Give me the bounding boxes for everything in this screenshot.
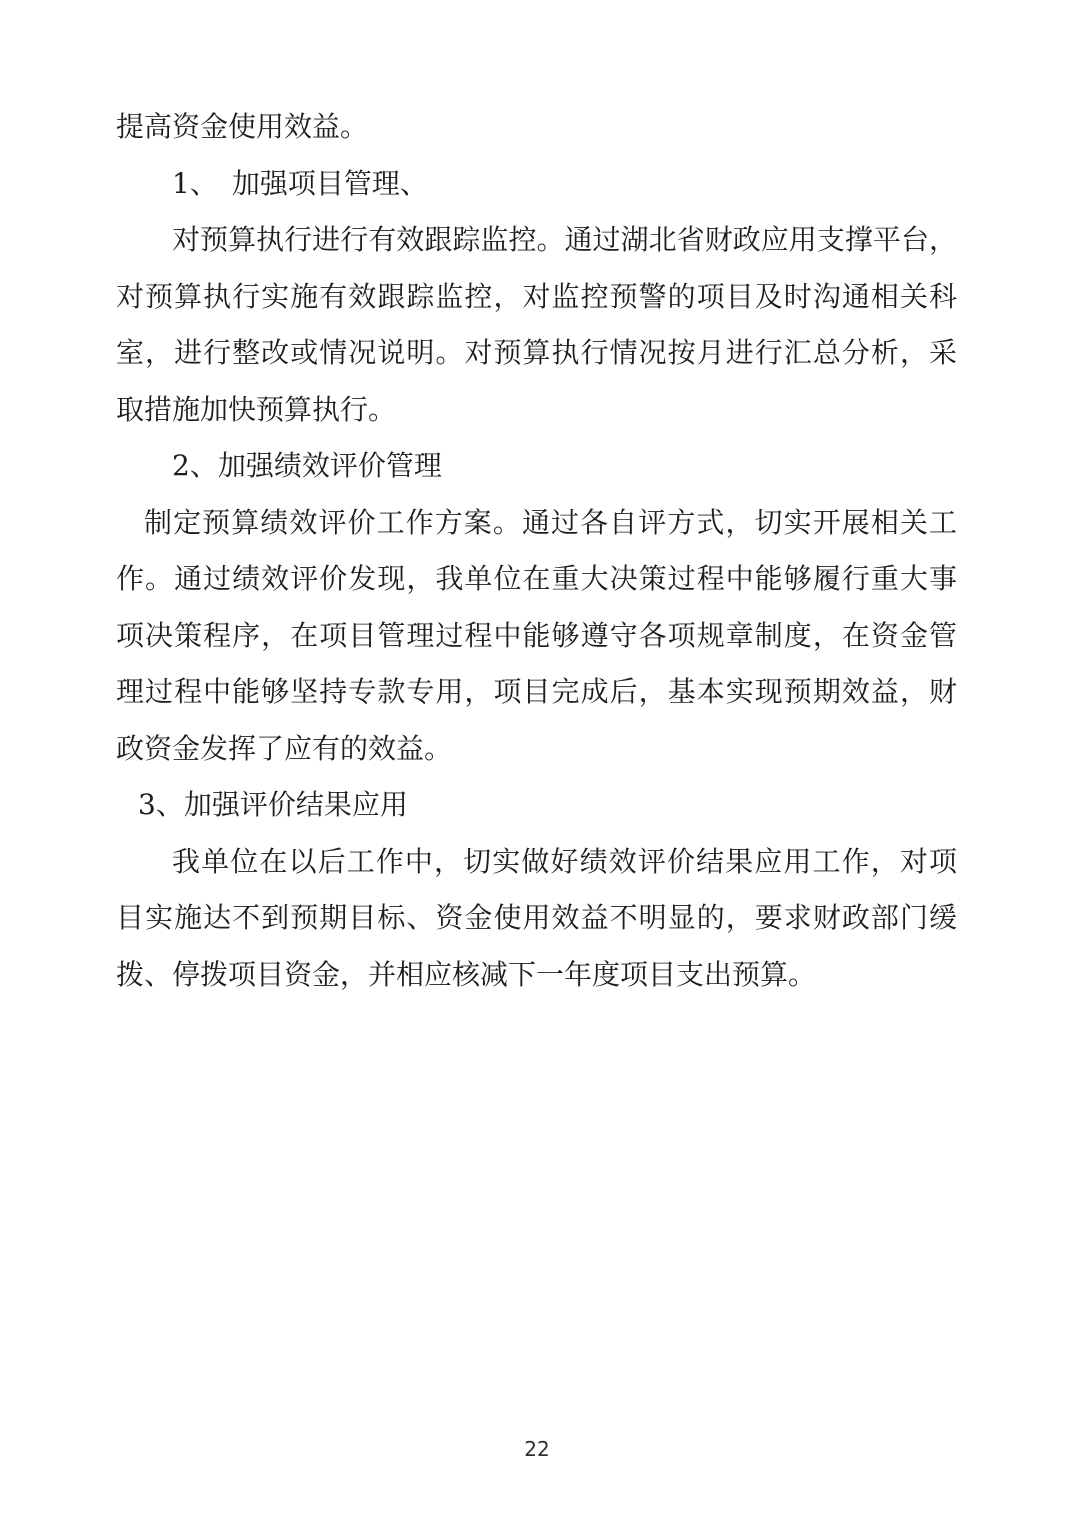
page-number: 22 xyxy=(0,1437,1074,1461)
text-line: 我单位在以后工作中，切实做好绩效评价结果应用工作，对项 xyxy=(116,834,957,891)
paragraph: 提高资金使用效益。 xyxy=(116,99,957,156)
text-line: 取措施加快预算执行。 xyxy=(116,382,957,439)
text-line: 室，进行整改或情况说明。对预算执行情况按月进行汇总分析，采 xyxy=(116,325,957,382)
paragraph: 我单位在以后工作中，切实做好绩效评价结果应用工作，对项 目实施达不到预期目标、资… xyxy=(116,834,957,1004)
document-page: 提高资金使用效益。 1、 加强项目管理、 对预算执行进行有效跟踪监控。通过湖北省… xyxy=(0,0,1074,1520)
paragraph: 制定预算绩效评价工作方案。通过各自评方式，切实开展相关工 作。通过绩效评价发现，… xyxy=(116,495,957,778)
text-line: 目实施达不到预期目标、资金使用效益不明显的，要求财政部门缓 xyxy=(116,890,957,947)
paragraph-heading-1: 1、 加强项目管理、 xyxy=(116,156,957,213)
text-line: 2、加强绩效评价管理 xyxy=(116,438,957,495)
text-line: 1、 加强项目管理、 xyxy=(116,156,957,213)
text-line: 理过程中能够坚持专款专用，项目完成后，基本实现预期效益，财 xyxy=(116,664,957,721)
paragraph-heading-2: 2、加强绩效评价管理 xyxy=(116,438,957,495)
text-line: 政资金发挥了应有的效益。 xyxy=(116,721,957,778)
document-body: 提高资金使用效益。 1、 加强项目管理、 对预算执行进行有效跟踪监控。通过湖北省… xyxy=(116,99,957,1003)
text-line: 对预算执行实施有效跟踪监控，对监控预警的项目及时沟通相关科 xyxy=(116,269,957,326)
text-line: 3、加强评价结果应用 xyxy=(116,777,957,834)
text-line: 对预算执行进行有效跟踪监控。通过湖北省财政应用支撑平台， xyxy=(116,212,957,269)
paragraph-heading-3: 3、加强评价结果应用 xyxy=(116,777,957,834)
text-line: 提高资金使用效益。 xyxy=(116,99,957,156)
text-line: 拨、停拨项目资金，并相应核减下一年度项目支出预算。 xyxy=(116,947,957,1004)
text-line: 制定预算绩效评价工作方案。通过各自评方式，切实开展相关工 xyxy=(116,495,957,552)
text-line: 作。通过绩效评价发现，我单位在重大决策过程中能够履行重大事 xyxy=(116,551,957,608)
paragraph: 对预算执行进行有效跟踪监控。通过湖北省财政应用支撑平台， 对预算执行实施有效跟踪… xyxy=(116,212,957,438)
text-line: 项决策程序，在项目管理过程中能够遵守各项规章制度，在资金管 xyxy=(116,608,957,665)
